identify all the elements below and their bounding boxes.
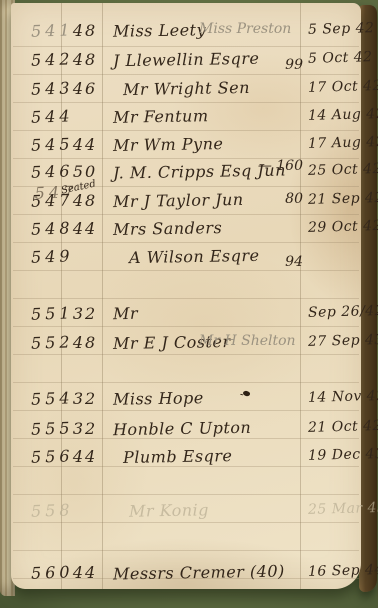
pencil-name-text: Mr H Shelton bbox=[199, 333, 296, 349]
size-value: 48 bbox=[69, 21, 101, 40]
name-text: Mr Fentum bbox=[113, 106, 209, 127]
size-value: 48 bbox=[69, 333, 101, 352]
amount-text: 94 bbox=[257, 254, 303, 270]
name-text: Mr J Taylor Jun bbox=[113, 190, 244, 211]
date-text: Sep 26/42 bbox=[308, 303, 374, 321]
date-text: 27 Sep 43 bbox=[308, 332, 374, 350]
ledger-row: 547 Seated 48 Mr J Taylor Jun 80 21 Sep … bbox=[11, 191, 361, 217]
ledger-row: 548 44 Mrs Sanders 29 Oct 42 bbox=[11, 219, 361, 245]
date-text: 5 Sep 42 bbox=[308, 20, 374, 38]
ledger-row: 544 Mr Fentum 14 Aug 42 bbox=[11, 107, 361, 133]
date-text: 21 Sep 42 bbox=[308, 190, 374, 208]
ledger-row: 555 32 Honble C Upton 21 Oct 42 bbox=[11, 419, 361, 445]
name-text: A Wilson Esqre bbox=[129, 246, 260, 267]
ledger-row: 554 32 Miss Hope 14 Nov 42 bbox=[11, 389, 361, 415]
date-text: 25 Mar 45 bbox=[308, 500, 374, 518]
name-text: Messrs Cremer (40) bbox=[113, 562, 285, 584]
date-text: 17 Oct 42 bbox=[308, 78, 374, 96]
name-text: Miss Leety bbox=[113, 20, 206, 41]
entry-number: 558 bbox=[31, 500, 78, 521]
name-text: Honble C Upton bbox=[113, 418, 252, 439]
size-value: 44 bbox=[69, 563, 101, 582]
entry-number: 549 bbox=[31, 246, 78, 267]
name-text: Mr Wright Sen bbox=[123, 78, 250, 99]
size-value: 32 bbox=[69, 389, 101, 408]
pencil-name-text: Miss Preston bbox=[199, 21, 291, 37]
date-text: 17 Aug 42 bbox=[308, 134, 374, 152]
ledger-row: 542 48 J Llewellin Esqre 99 5 Oct 42 bbox=[11, 50, 361, 76]
size-value: 48 bbox=[69, 191, 101, 210]
date-text: 14 Nov 42 bbox=[308, 388, 374, 406]
date-text: 21 Oct 42 bbox=[308, 418, 374, 436]
ledger-row: 549 A Wilson Esqre 94 bbox=[11, 247, 361, 273]
date-text: 16 Sep 44 bbox=[308, 562, 374, 580]
size-value: 32 bbox=[69, 304, 101, 323]
date-text: 19 Dec 43 bbox=[308, 446, 374, 464]
name-text: Mr Wm Pyne bbox=[113, 134, 224, 155]
date-text: 29 Oct 42 bbox=[308, 218, 374, 236]
name-text: Mr bbox=[113, 304, 138, 323]
date-text: 14 Aug 42 bbox=[308, 106, 374, 124]
size-value: 32 bbox=[69, 419, 101, 438]
size-value: 46 bbox=[69, 79, 101, 98]
name-text: Miss Hope bbox=[113, 388, 204, 409]
ledger-row: 543 46 Mr Wright Sen 17 Oct 42 bbox=[11, 79, 361, 105]
name-text: J Llewellin Esqre bbox=[113, 49, 260, 71]
size-value: 44 bbox=[69, 219, 101, 238]
ledger-row: 545 44 Mr Wm Pyne 17 Aug 42 bbox=[11, 135, 361, 161]
scanned-ledger-photo: 541 48 Miss Leety Miss Preston 5 Sep 42 … bbox=[0, 0, 378, 608]
name-text: Plumb Esqre bbox=[123, 446, 233, 467]
date-text: 25 Oct 42 bbox=[308, 161, 374, 179]
ledger-page: 541 48 Miss Leety Miss Preston 5 Sep 42 … bbox=[11, 3, 361, 589]
amount-text: 99 bbox=[257, 57, 303, 73]
name-text: Mrs Sanders bbox=[113, 218, 223, 239]
entry-number: 544 bbox=[31, 106, 78, 127]
amount-text: 80 bbox=[257, 191, 303, 207]
size-value: 48 bbox=[69, 50, 101, 69]
ledger-row: 560 44 Messrs Cremer (40) 16 Sep 44 bbox=[11, 563, 361, 589]
ledger-row: 552 48 Mr E J Coster Mr H Shelton 27 Sep… bbox=[11, 333, 361, 359]
ledger-row: 556 44 Plumb Esqre 19 Dec 43 bbox=[11, 447, 361, 473]
date-text: 5 Oct 42 bbox=[308, 49, 374, 67]
size-value: 44 bbox=[69, 135, 101, 154]
size-value: 44 bbox=[69, 447, 101, 466]
ledger-row: 558 Mr Konig 25 Mar 45 bbox=[11, 501, 361, 527]
size-value: 50 bbox=[69, 162, 101, 181]
name-text: Mr Konig bbox=[129, 500, 209, 520]
amount-text: — 160 bbox=[257, 158, 303, 174]
ledger-row: 541 48 Miss Leety Miss Preston 5 Sep 42 bbox=[11, 21, 361, 47]
ledger-row: 551 32 Mr Sep 26/42 bbox=[11, 304, 361, 330]
